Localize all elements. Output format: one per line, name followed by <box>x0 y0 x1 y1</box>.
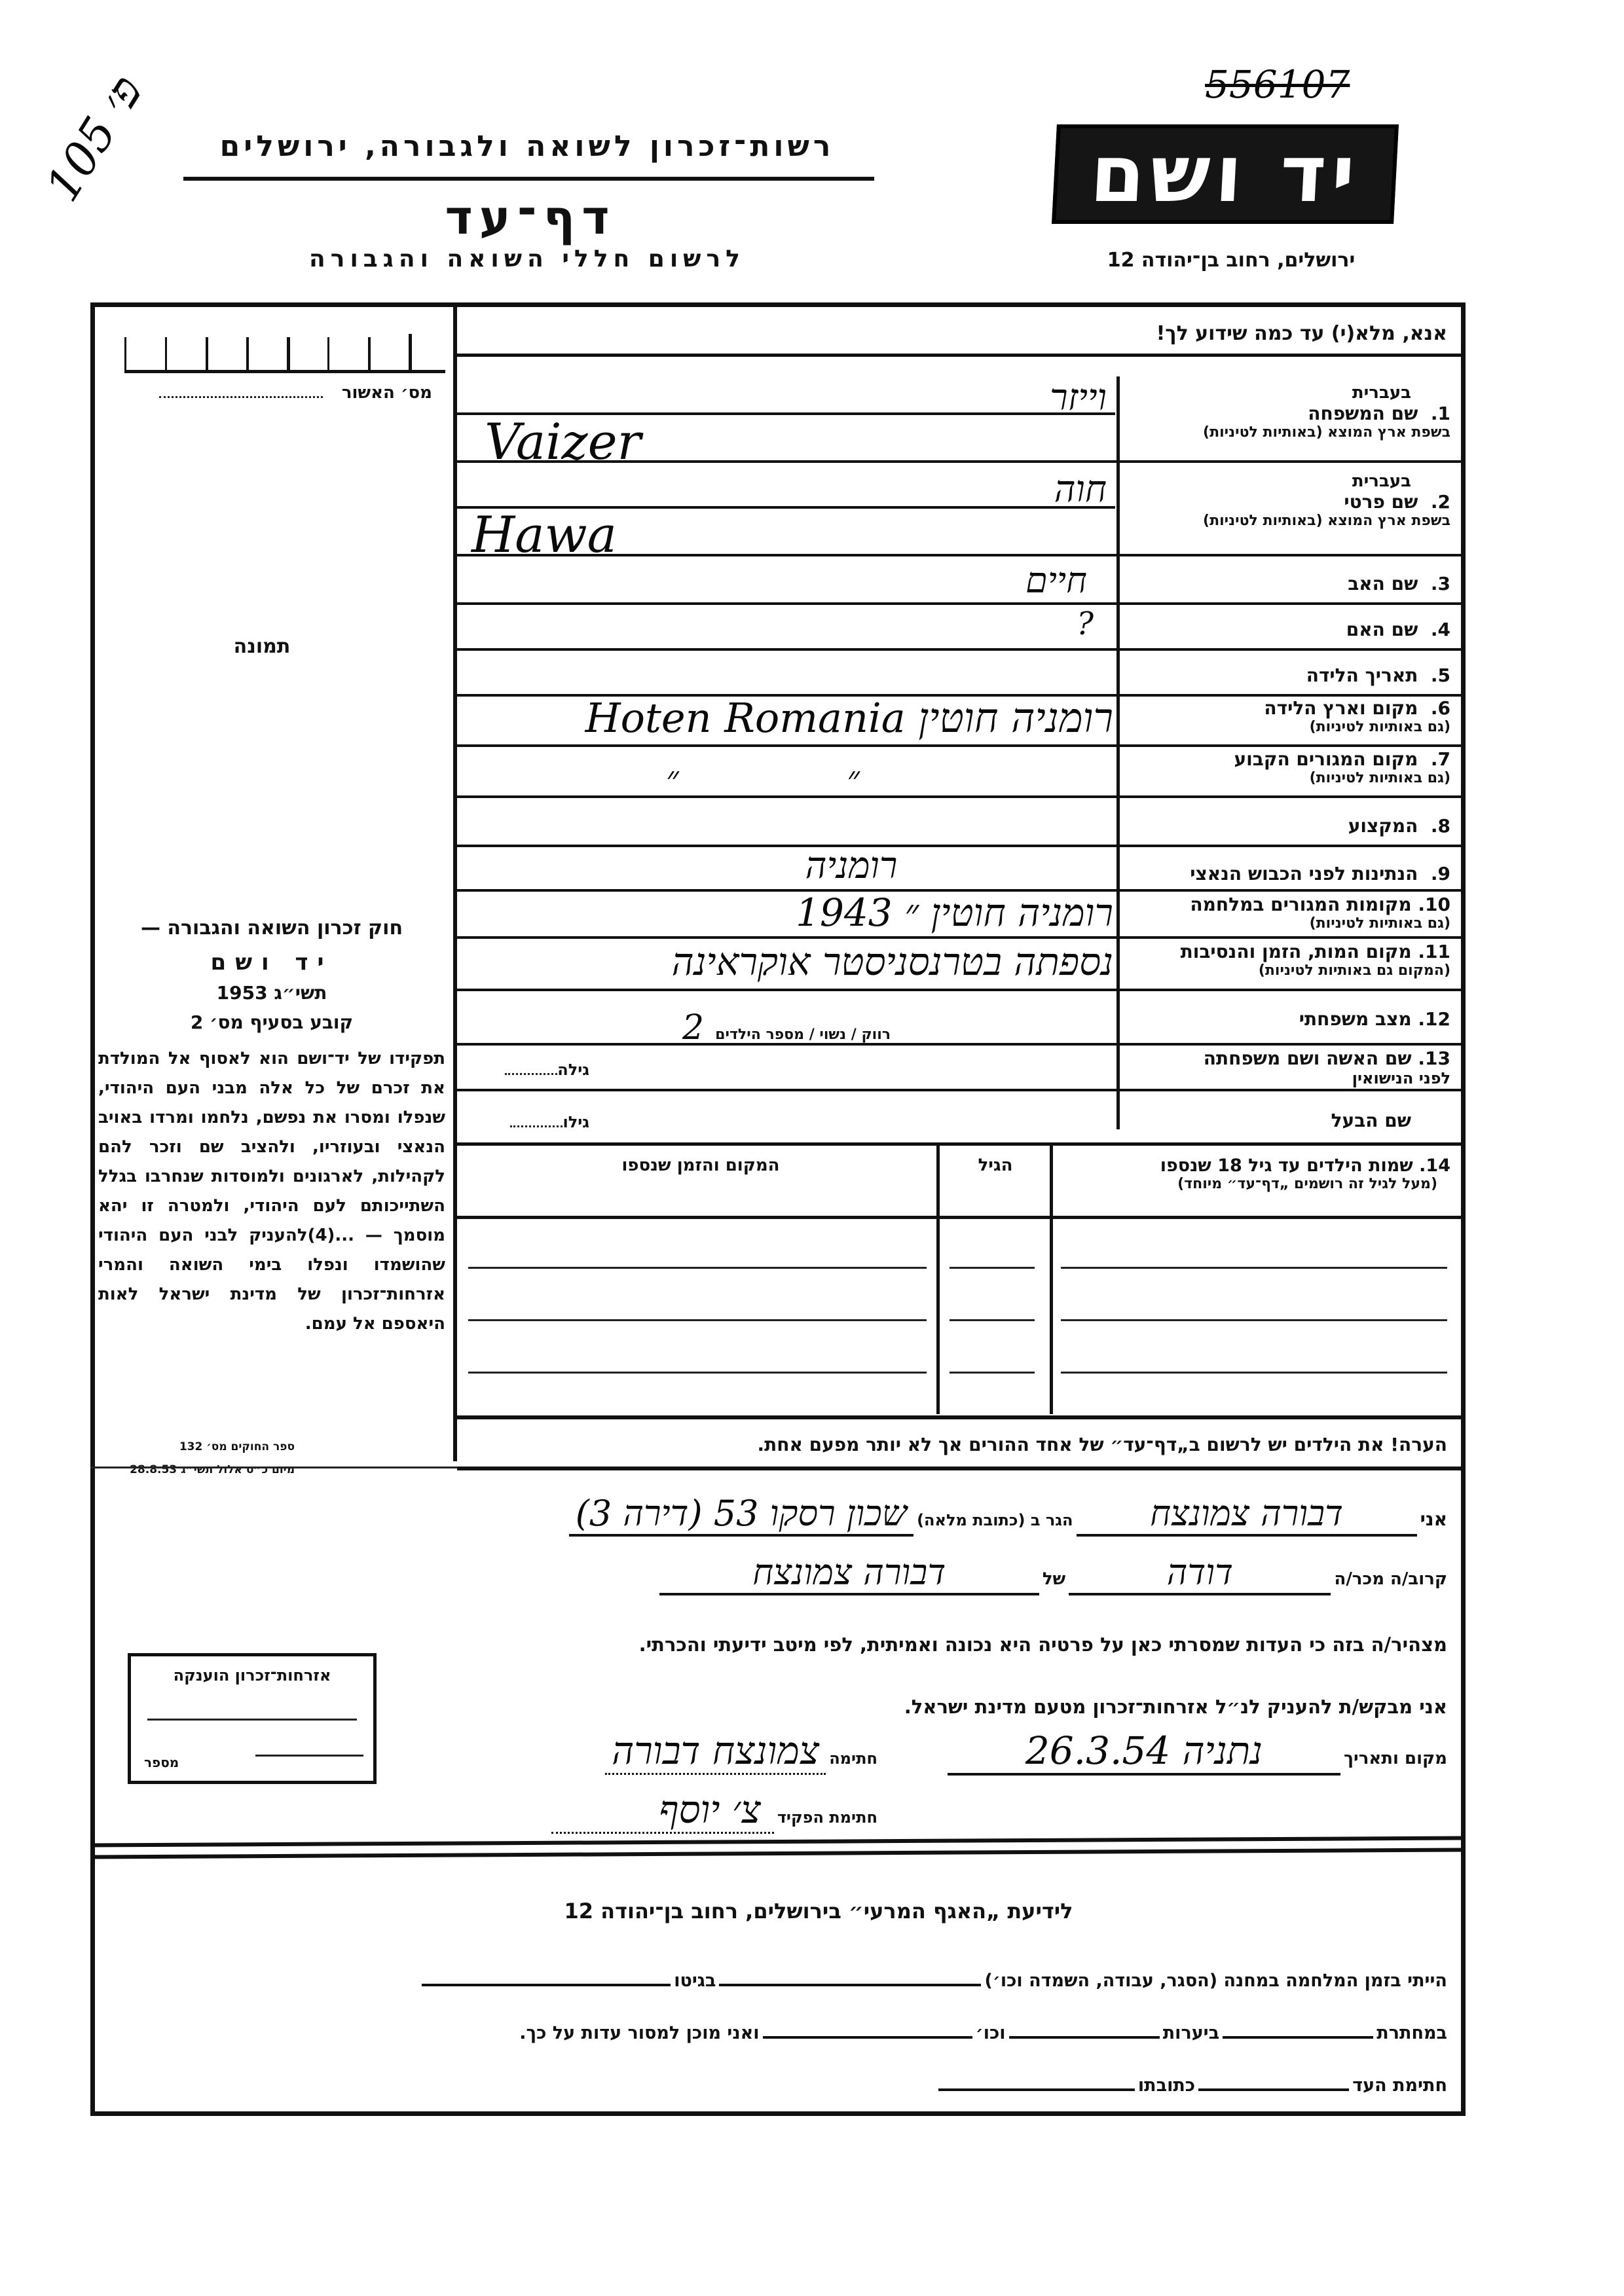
field-1-label: בעברית 1. שם המשפחה בשפת ארץ המוצא (באות… <box>1123 383 1450 441</box>
law-text: תפקידו של יד־ושם הוא לאסוף אל המולדת את … <box>98 1044 445 1339</box>
gazette-line-1: ספר החוקים מס׳ 132 <box>98 1440 295 1453</box>
witness-signature-input[interactable] <box>1198 2088 1349 2091</box>
children-age-header: הגיל <box>943 1156 1048 1175</box>
children-count-value[interactable]: 2 <box>682 1008 704 1048</box>
wife-age-label: גילה <box>458 1061 589 1079</box>
children-place-header: המקום והזמן שנספו <box>471 1156 930 1175</box>
field-5-label: 5. תאריך הלידה <box>1123 665 1450 686</box>
footer-line-1: הייתי בזמן המלחמה במחנה (הסגר, עבודה, הש… <box>98 1971 1447 1991</box>
forests-input[interactable] <box>1009 2036 1160 2039</box>
form-title: דף־עד <box>367 190 694 245</box>
footer-line-2: במחתרת ביערות וכו׳ ואני מוכן למסור עדות … <box>98 2023 1447 2043</box>
relation-value[interactable]: דודה <box>1069 1552 1331 1595</box>
archive-number: 556107 <box>1205 62 1350 107</box>
witness-address-input[interactable] <box>938 2088 1135 2091</box>
field-6-label: 6. מקום וארץ הלידה (גם באותיות לטיניות) <box>1123 697 1450 735</box>
husband-name-label: שם הבעל <box>1123 1110 1411 1131</box>
field-2-label: בעברית 2. שם פרטי בשפת ארץ המוצא (באותיו… <box>1123 471 1450 529</box>
mother-name-value[interactable]: ? <box>851 606 1094 642</box>
ghetto-input[interactable] <box>422 1984 671 1986</box>
marital-status-row: רווק / נשוי / מספר הילדים 2 <box>471 1008 891 1048</box>
header-address: ירושלים, רחוב בן־יהודה 12 <box>1048 249 1414 272</box>
place-date-row: מקום ותאריך נתניה 26.3.54 <box>884 1728 1447 1776</box>
request-text: אני מבקש/ת להעניק לנ״ל אזרחות־זכרון מטעם… <box>458 1696 1447 1718</box>
field-8-label: 8. המקצוע <box>1123 815 1450 837</box>
wartime-residence-value[interactable]: רומניה חוטין ״ 1943 <box>471 890 1113 935</box>
statement-text: מצהיר/ה בזה כי העדות שמסרתי כאן על פרטיה… <box>458 1633 1447 1656</box>
residence-value[interactable]: ״ ״ <box>655 759 950 799</box>
witness-name-value[interactable]: דבורה צמונצח <box>1077 1493 1417 1537</box>
photo-label: תמונה <box>223 635 301 658</box>
witness-address-value[interactable]: שכון רסקו 53 (דירה 3) <box>569 1493 913 1537</box>
field-3-label: 3. שם האב <box>1123 573 1450 594</box>
law-clause: קובע בסעיף מס׳ 2 <box>98 1011 445 1033</box>
footer-line-3: חתימת העד כתובתו <box>458 2075 1447 2096</box>
surname-latin-value[interactable]: Vaizer <box>485 412 641 471</box>
declaration-line-1: אני דבורה צמונצח הגר ב (כתובת מלאה) שכון… <box>314 1493 1447 1537</box>
camp-input[interactable] <box>719 1984 981 1986</box>
given-name-hebrew-value[interactable]: חוה <box>851 468 1107 511</box>
footer-heading: לידיעת „האגף המרעי״ בירושלים, רחוב בן־יה… <box>458 1899 1179 1923</box>
place-date-value[interactable]: נתניה 26.3.54 <box>948 1728 1340 1776</box>
approval-number-label: מס׳ האשור <box>118 383 432 403</box>
field-9-label: 9. הנתינות לפני הכבוש הנאצי <box>1123 863 1450 884</box>
field-7-label: 7. מקום המגורים הקבוע (גם באותיות לטיניו… <box>1123 748 1450 786</box>
underground-input[interactable] <box>1223 2036 1373 2039</box>
field-4-label: 4. שם האם <box>1123 619 1450 640</box>
citizenship-stamp-box: אזרחות־זכרון הוענקה מספר <box>128 1653 377 1784</box>
children-names-header: 14. שמות הילדים עד גיל 18 שנספו (מעל לגי… <box>1058 1156 1450 1192</box>
other-input[interactable] <box>763 2036 972 2039</box>
header-rule <box>183 177 874 181</box>
law-year: תשי״ג 1953 <box>98 982 445 1004</box>
margin-note: פ׳ 105 <box>35 66 154 211</box>
birthplace-value[interactable]: רומניה חוטין Hoten Romania <box>465 694 1113 742</box>
father-name-value[interactable]: חיים <box>851 560 1087 601</box>
law-name: יד ושם <box>98 949 445 975</box>
declaration-line-2: קרוב/ה מכר/ה דודה של דבורה צמונצח <box>491 1552 1447 1595</box>
law-title: חוק זכרון השואה והגבורה — <box>98 917 445 939</box>
husband-age-label: גילו <box>458 1113 589 1131</box>
instruction-text: אנא, מלא(י) עד כמה שידוע לך! <box>917 322 1447 345</box>
form-subtitle: לרשום חללי השואה והגבורה <box>249 246 805 272</box>
field-10-label: 10. מקומות המגורים במלחמה (גם באותיות לט… <box>1123 894 1450 932</box>
tick-box <box>124 331 445 373</box>
field-12-label: 12. מצב משפחתי <box>1123 1008 1450 1030</box>
gazette-line-2: מיום כ״ט אלול תשי״ג 28.8.53 <box>98 1463 295 1476</box>
death-place-value[interactable]: נספתה בטרנסניסטר אוקראינה <box>471 939 1113 984</box>
signature-row: חתימה צמונצח דבורה <box>406 1728 877 1775</box>
witness-signature[interactable]: צמונצח דבורה <box>605 1728 826 1775</box>
official-signature[interactable]: צ׳ יוסף <box>551 1787 774 1834</box>
given-name-latin-value[interactable]: Hawa <box>471 505 617 564</box>
surname-hebrew-value[interactable]: וייזר <box>851 376 1107 419</box>
yad-vashem-logo: יד ושם <box>1052 124 1399 224</box>
relative-of-value[interactable]: דבורה צמונצח <box>659 1552 1039 1595</box>
note-text: הערה! את הילדים יש לרשום ב„דף־עד״ של אחד… <box>471 1434 1447 1455</box>
official-signature-row: חתימת הפקיד צ׳ יוסף <box>485 1787 877 1834</box>
institution-name: רשות־זכרון לשואה ולגבורה, ירושלים <box>180 130 874 163</box>
field-11-label: 11. מקום המות, הזמן והנסיבות (המקום גם ב… <box>1123 941 1450 979</box>
nationality-value[interactable]: רומניה <box>753 845 950 887</box>
field-13-label: 13. שם האשה ושם משפחתה לפני הנישואין <box>1123 1048 1450 1087</box>
